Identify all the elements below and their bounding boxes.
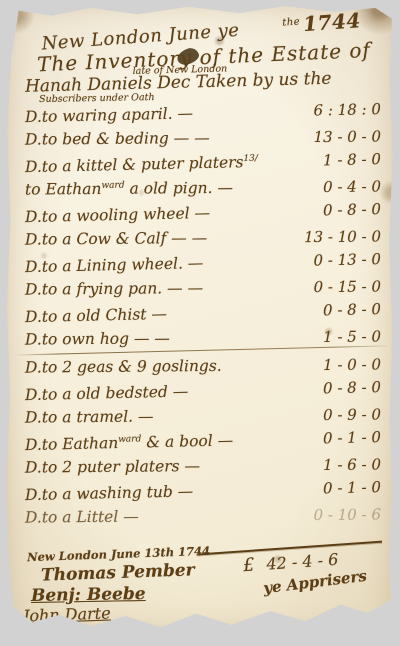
item-amount: 0 - 10 - 6 [263,505,387,524]
item-amount: 0 - 8 - 0 [263,200,387,221]
item-description: D.to Eathanward & a bool — [25,431,263,454]
superscript-note: ward [118,434,141,445]
item-description: to Eathanward a old pign. — [25,179,263,199]
item-amount: 0 - 13 - 0 [263,250,387,271]
item-description: D.to a tramel. — [25,407,263,427]
item-amount: 1 - 5 - 0 [263,327,387,346]
item-amount: 0 - 15 - 0 [263,277,387,296]
item-amount: 1 - 0 - 0 [263,355,387,374]
item-amount: 1 - 8 - 0 [263,150,387,171]
manuscript-content: New London June ye the1744 The Inventory… [5,3,395,635]
item-description: D.to a Cow & Calf — — [25,229,263,249]
item-amount: 0 - 8 - 0 [263,378,387,399]
signature-john-darte: John Darte [23,603,111,625]
item-amount: 0 - 8 - 0 [263,300,387,321]
item-amount: 1 - 6 - 0 [263,455,387,474]
item-description: D.to a old bedsted — [25,381,263,404]
superscript-note: 13/ [243,154,258,164]
item-description: D.to a Lining wheel. — [25,253,263,276]
appraisers-label: ye Apprisers [262,567,367,598]
signature-thomas-pember: Thomas Pember [41,560,195,585]
year: 1744 [302,8,361,36]
item-description: D.to a old Chist — [25,303,263,326]
item-amount: 13 - 0 - 0 [263,127,387,146]
signature-benj-beebe: Benj: Beebe [31,584,146,606]
item-description: D.to waring aparil. — [25,103,263,126]
dateline-year: the1744 [282,8,362,37]
superscript-note: ward [101,181,124,191]
item-amount: 0 - 1 - 0 [263,478,387,499]
item-description: D.to 2 puter platers — [25,457,263,477]
inventory-line: D.to own hog — —1 - 5 - 0 [25,327,387,355]
item-description: D.to a wooling wheel — [25,203,263,226]
item-amount: 13 - 10 - 0 [263,227,387,246]
item-description: D.to a frying pan. — — [25,279,263,299]
scan-background: New London June ye the1744 The Inventory… [0,0,400,646]
item-description: D.to own hog — — [25,329,263,349]
item-description: D.to 2 geas & 9 goslings. [25,357,263,377]
inventory-list: D.to waring aparil. —6 : 18 : 0 D.to bed… [25,104,387,532]
item-description: D.to bed & beding — — [25,129,263,149]
item-description: D.to a Littel — [25,507,263,527]
year-prefix: the [282,16,301,28]
item-amount: 0 - 1 - 0 [263,428,387,449]
item-description: D.to a washing tub — [25,481,263,504]
inventory-line: D.to a Littel —0 - 10 - 6 [25,505,387,533]
attestation-block: New London June 13th 1744 Thomas Pember … [5,539,395,629]
item-amount: 0 - 4 - 0 [263,177,387,196]
item-amount: 6 : 18 : 0 [263,100,387,121]
item-description: D.to a kittel & puter platers13/ [25,153,263,176]
item-amount: 0 - 9 - 0 [263,405,387,424]
manuscript-paper: New London June ye the1744 The Inventory… [5,3,395,635]
